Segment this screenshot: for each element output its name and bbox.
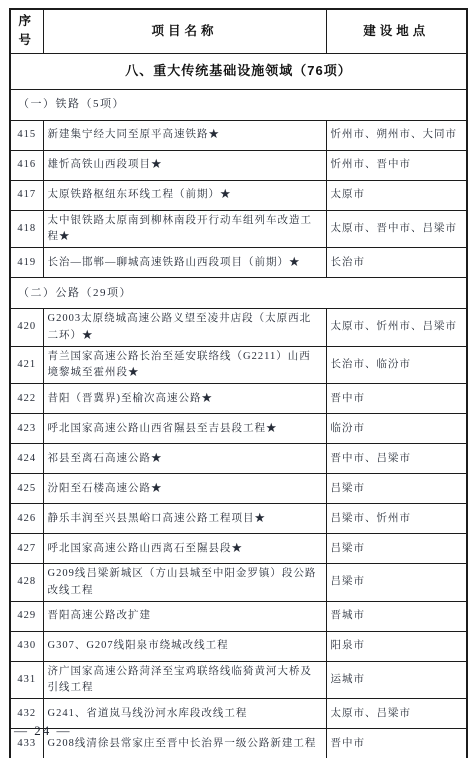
project-name-cell: 太中银铁路太原南到柳林南段开行动车组列车改造工程★ xyxy=(43,210,326,248)
table-row: 417 太原铁路枢纽东环线工程（前期）★ 太原市 xyxy=(10,180,467,210)
table-row: 432 G241、省道岚马线汾河水库段改线工程 太原市、吕梁市 xyxy=(10,699,467,729)
project-location-cell: 吕梁市、忻州市 xyxy=(326,504,467,534)
table-row: 421 青兰国家高速公路长治至延安联络线（G2211）山西境黎城至霍州段★ 长治… xyxy=(10,346,467,384)
table-row: 433 G208线清徐县常家庄至晋中长治界一级公路新建工程 晋中市 xyxy=(10,729,467,758)
subsection-rail-row: （一）铁路（5项） xyxy=(10,89,467,120)
section-header-row: 八、重大传统基础设施领域（76项） xyxy=(10,53,467,89)
project-name-cell: G209线吕梁新城区（方山县城至中阳金罗镇）段公路改线工程 xyxy=(43,564,326,602)
project-number-cell: 429 xyxy=(10,601,43,631)
table-row: 428 G209线吕梁新城区（方山县城至中阳金罗镇）段公路改线工程 吕梁市 xyxy=(10,564,467,602)
section-title: 八、重大传统基础设施领域（76项） xyxy=(10,53,467,89)
project-location-cell: 太原市、忻州市、吕梁市 xyxy=(326,309,467,347)
project-name-cell: 济广国家高速公路菏泽至宝鸡联络线临猗黄河大桥及引线工程 xyxy=(43,661,326,699)
project-name-cell: 晋阳高速公路改扩建 xyxy=(43,601,326,631)
project-number-cell: 426 xyxy=(10,504,43,534)
project-location-cell: 运城市 xyxy=(326,661,467,699)
project-number-cell: 419 xyxy=(10,248,43,278)
project-number-cell: 417 xyxy=(10,180,43,210)
project-name-cell: 昔阳（晋冀界)至榆次高速公路★ xyxy=(43,384,326,414)
project-location-cell: 晋中市、吕梁市 xyxy=(326,444,467,474)
table-row: 426 静乐丰润至兴县黑峪口高速公路工程项目★ 吕梁市、忻州市 xyxy=(10,504,467,534)
project-location-cell: 长治市、临汾市 xyxy=(326,346,467,384)
project-number-cell: 422 xyxy=(10,384,43,414)
subsection-road-label: （二）公路（29项） xyxy=(10,278,467,309)
project-location-cell: 忻州市、朔州市、大同市 xyxy=(326,120,467,150)
project-location-cell: 太原市、吕梁市 xyxy=(326,699,467,729)
table-row: 419 长治—邯郸—聊城高速铁路山西段项目（前期）★ 长治市 xyxy=(10,248,467,278)
project-name-cell: 汾阳至石楼高速公路★ xyxy=(43,474,326,504)
table-row: 420 G2003太原绕城高速公路义望至凌井店段（太原西北二环）★ 太原市、忻州… xyxy=(10,309,467,347)
table-row: 415 新建集宁经大同至原平高速铁路★ 忻州市、朔州市、大同市 xyxy=(10,120,467,150)
project-number-cell: 431 xyxy=(10,661,43,699)
project-number-cell: 428 xyxy=(10,564,43,602)
project-number-cell: 416 xyxy=(10,150,43,180)
project-location-cell: 临汾市 xyxy=(326,414,467,444)
project-location-cell: 晋城市 xyxy=(326,601,467,631)
project-name-cell: 长治—邯郸—聊城高速铁路山西段项目（前期）★ xyxy=(43,248,326,278)
project-name-cell: 新建集宁经大同至原平高速铁路★ xyxy=(43,120,326,150)
project-location-cell: 阳泉市 xyxy=(326,631,467,661)
table-row: 423 呼北国家高速公路山西省隰县至吉县段工程★ 临汾市 xyxy=(10,414,467,444)
project-number-cell: 425 xyxy=(10,474,43,504)
project-location-cell: 吕梁市 xyxy=(326,534,467,564)
table-row: 427 呼北国家高速公路山西离石至隰县段★ 吕梁市 xyxy=(10,534,467,564)
project-name-cell: 雄忻高铁山西段项目★ xyxy=(43,150,326,180)
project-number-cell: 423 xyxy=(10,414,43,444)
project-number-cell: 430 xyxy=(10,631,43,661)
project-table: 序号 项目名称 建设地点 八、重大传统基础设施领域（76项） （一）铁路（5项）… xyxy=(9,8,468,758)
project-number-cell: 420 xyxy=(10,309,43,347)
project-number-cell: 421 xyxy=(10,346,43,384)
project-location-cell: 吕梁市 xyxy=(326,564,467,602)
subsection-rail-label: （一）铁路（5项） xyxy=(10,89,467,120)
page-number: — 24 — xyxy=(14,723,72,739)
project-name-cell: 静乐丰润至兴县黑峪口高速公路工程项目★ xyxy=(43,504,326,534)
project-number-cell: 415 xyxy=(10,120,43,150)
subsection-road-row: （二）公路（29项） xyxy=(10,278,467,309)
table-header-row: 序号 项目名称 建设地点 xyxy=(10,9,467,53)
project-name-cell: G208线清徐县常家庄至晋中长治界一级公路新建工程 xyxy=(43,729,326,758)
project-name-cell: G307、G207线阳泉市绕城改线工程 xyxy=(43,631,326,661)
project-location-cell: 长治市 xyxy=(326,248,467,278)
project-name-cell: 太原铁路枢纽东环线工程（前期）★ xyxy=(43,180,326,210)
header-cell-serial-number: 序号 xyxy=(10,9,43,53)
document-page: 序号 项目名称 建设地点 八、重大传统基础设施领域（76项） （一）铁路（5项）… xyxy=(0,0,473,758)
project-name-cell: G241、省道岚马线汾河水库段改线工程 xyxy=(43,699,326,729)
header-cell-project-name: 项目名称 xyxy=(43,9,326,53)
table-row: 425 汾阳至石楼高速公路★ 吕梁市 xyxy=(10,474,467,504)
project-number-cell: 418 xyxy=(10,210,43,248)
project-number-cell: 427 xyxy=(10,534,43,564)
table-row: 431 济广国家高速公路菏泽至宝鸡联络线临猗黄河大桥及引线工程 运城市 xyxy=(10,661,467,699)
project-location-cell: 吕梁市 xyxy=(326,474,467,504)
project-name-cell: 呼北国家高速公路山西离石至隰县段★ xyxy=(43,534,326,564)
table-row: 416 雄忻高铁山西段项目★ 忻州市、晋中市 xyxy=(10,150,467,180)
project-number-cell: 424 xyxy=(10,444,43,474)
project-name-cell: 祁县至离石高速公路★ xyxy=(43,444,326,474)
project-location-cell: 晋中市 xyxy=(326,384,467,414)
project-name-cell: 呼北国家高速公路山西省隰县至吉县段工程★ xyxy=(43,414,326,444)
header-cell-location: 建设地点 xyxy=(326,9,467,53)
table-row: 429 晋阳高速公路改扩建 晋城市 xyxy=(10,601,467,631)
table-row: 430 G307、G207线阳泉市绕城改线工程 阳泉市 xyxy=(10,631,467,661)
project-location-cell: 忻州市、晋中市 xyxy=(326,150,467,180)
project-location-cell: 太原市、晋中市、吕梁市 xyxy=(326,210,467,248)
project-location-cell: 晋中市 xyxy=(326,729,467,758)
table-row: 418 太中银铁路太原南到柳林南段开行动车组列车改造工程★ 太原市、晋中市、吕梁… xyxy=(10,210,467,248)
project-name-cell: 青兰国家高速公路长治至延安联络线（G2211）山西境黎城至霍州段★ xyxy=(43,346,326,384)
project-name-cell: G2003太原绕城高速公路义望至凌井店段（太原西北二环）★ xyxy=(43,309,326,347)
project-location-cell: 太原市 xyxy=(326,180,467,210)
table-row: 422 昔阳（晋冀界)至榆次高速公路★ 晋中市 xyxy=(10,384,467,414)
table-row: 424 祁县至离石高速公路★ 晋中市、吕梁市 xyxy=(10,444,467,474)
